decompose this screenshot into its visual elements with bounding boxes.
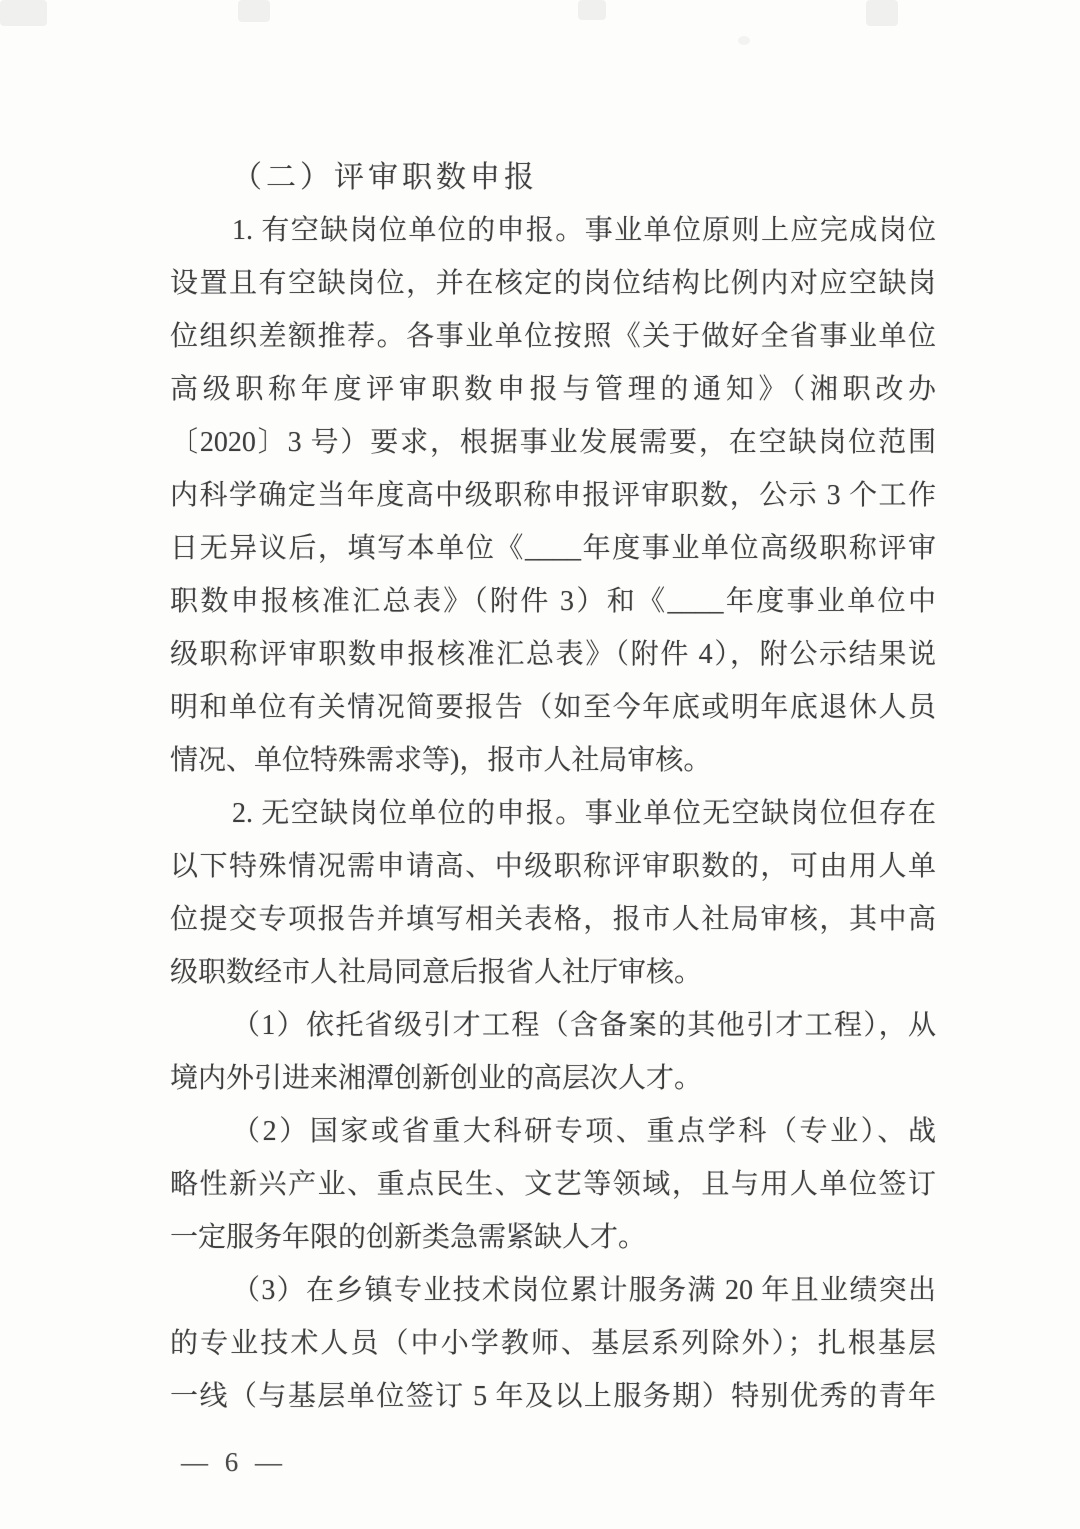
body-lines: 1. 有空缺岗位单位的申报。事业单位原则上应完成岗位设置且有空缺岗位，并在核定的… (170, 204, 936, 1423)
scan-artifact (738, 36, 750, 45)
text-line: 情况、单位特殊需求等)，报市人社局审核。 (170, 734, 936, 787)
text-line: 职数申报核准汇总表》（附件 3）和《____年度事业单位中 (170, 575, 936, 628)
text-line: 〔2020〕3 号）要求，根据事业发展需要，在空缺岗位范围 (170, 416, 936, 469)
page-number: — 6 — (181, 1436, 287, 1489)
text-line: 略性新兴产业、重点民生、文艺等领域，且与用人单位签订 (170, 1158, 936, 1211)
text-line: 级职数经市人社局同意后报省人社厅审核。 (170, 946, 936, 999)
text-line: 级职称评审职数申报核准汇总表》（附件 4），附公示结果说 (170, 628, 936, 681)
text-line: 以下特殊情况需申请高、中级职称评审职数的，可由用人单 (170, 840, 936, 893)
text-line: 内科学确定当年度高中级职称申报评审职数，公示 3 个工作 (170, 469, 936, 522)
scan-artifact (238, 0, 270, 22)
text-line: 设置且有空缺岗位，并在核定的岗位结构比例内对应空缺岗 (170, 257, 936, 310)
text-line: （1）依托省级引才工程（含备案的其他引才工程），从 (170, 999, 936, 1052)
text-line: 高级职称年度评审职数申报与管理的通知》（湘职改办 (170, 363, 936, 416)
text-line: 境内外引进来湘潭创新创业的高层次人才。 (170, 1052, 936, 1105)
scan-artifact (578, 0, 606, 20)
section-heading: （二）评审职数申报 (170, 151, 936, 204)
scan-artifact (866, 0, 898, 26)
text-line: 的专业技术人员（中小学教师、基层系列除外）；扎根基层 (170, 1317, 936, 1370)
text-line: 2. 无空缺岗位单位的申报。事业单位无空缺岗位但存在 (170, 787, 936, 840)
text-line: （2）国家或省重大科研专项、重点学科（专业）、战 (170, 1105, 936, 1158)
document-body: （二）评审职数申报 1. 有空缺岗位单位的申报。事业单位原则上应完成岗位设置且有… (170, 151, 936, 1423)
document-page: （二）评审职数申报 1. 有空缺岗位单位的申报。事业单位原则上应完成岗位设置且有… (0, 0, 1080, 1529)
text-line: 1. 有空缺岗位单位的申报。事业单位原则上应完成岗位 (170, 204, 936, 257)
text-line: 一线（与基层单位签订 5 年及以上服务期）特别优秀的青年 (170, 1370, 936, 1423)
text-line: 一定服务年限的创新类急需紧缺人才。 (170, 1211, 936, 1264)
text-line: 日无异议后，填写本单位《____年度事业单位高级职称评审 (170, 522, 936, 575)
scan-artifact (0, 0, 47, 26)
text-line: （3）在乡镇专业技术岗位累计服务满 20 年且业绩突出 (170, 1264, 936, 1317)
text-line: 位提交专项报告并填写相关表格，报市人社局审核，其中高 (170, 893, 936, 946)
text-line: 明和单位有关情况简要报告（如至今年底或明年底退休人员 (170, 681, 936, 734)
text-line: 位组织差额推荐。各事业单位按照《关于做好全省事业单位 (170, 310, 936, 363)
